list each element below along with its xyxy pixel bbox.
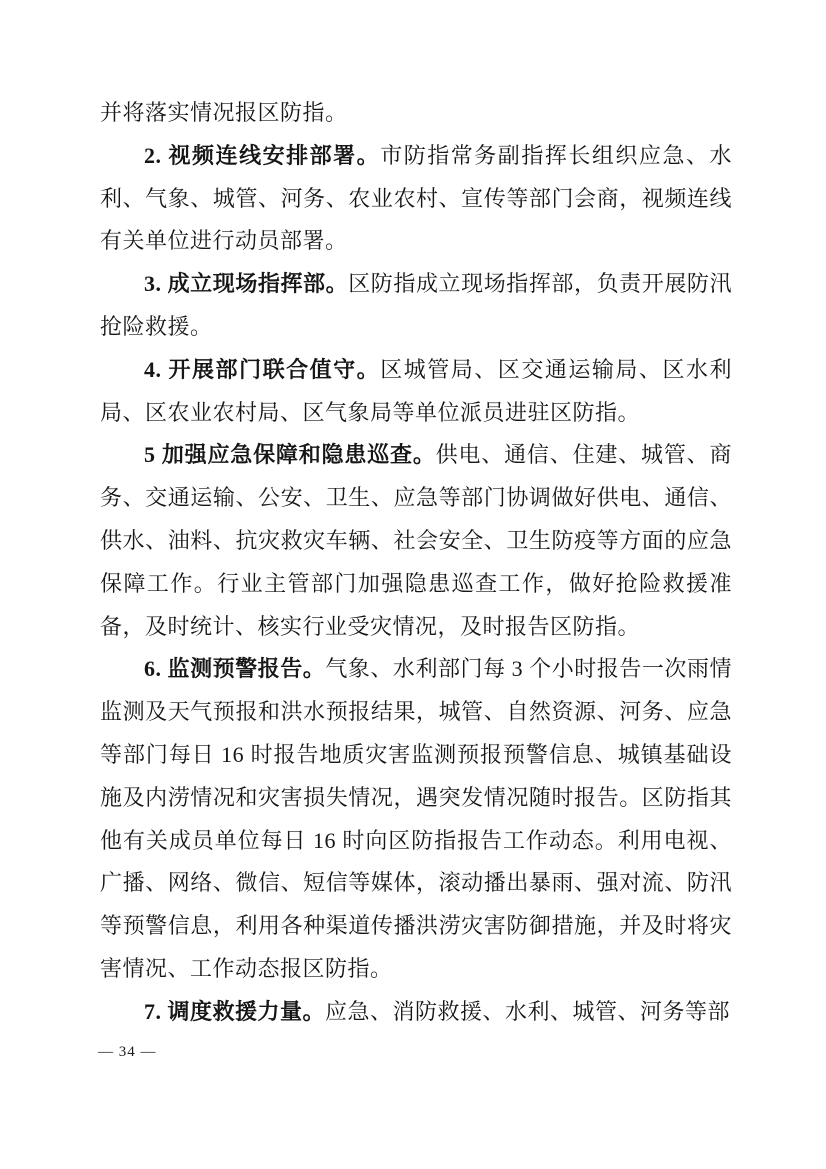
paragraph-text: 应急、消防救援、水利、城管、河务等部 xyxy=(325,999,730,1024)
paragraph: 7. 调度救援力量。应急、消防救援、水利、城管、河务等部 xyxy=(100,991,732,1034)
paragraph-lead: 2. 视频连线安排部署。 xyxy=(144,143,380,168)
paragraph: 3. 成立现场指挥部。区防指成立现场指挥部，负责开展防汛抢险救援。 xyxy=(100,263,732,349)
paragraph: 5 加强应急保障和隐患巡查。供电、通信、住建、城管、商务、交通运输、公安、卫生、… xyxy=(100,434,732,648)
paragraph-text: 供电、通信、住建、城管、商务、交通运输、公安、卫生、应急等部门协调做好供电、通信… xyxy=(100,442,732,638)
paragraph: 4. 开展部门联合值守。区城管局、区交通运输局、区水利局、区农业农村局、区气象局… xyxy=(100,349,732,435)
document-text-body: 并将落实情况报区防指。 2. 视频连线安排部署。市防指常务副指挥长组织应急、水利… xyxy=(100,92,732,1034)
paragraph: 6. 监测预警报告。气象、水利部门每 3 个小时报告一次雨情监测及天气预报和洪水… xyxy=(100,648,732,990)
paragraph: 并将落实情况报区防指。 xyxy=(100,92,732,135)
page-number: — 34 — xyxy=(98,1044,157,1061)
paragraph-lead: 4. 开展部门联合值守。 xyxy=(144,357,380,382)
paragraph: 2. 视频连线安排部署。市防指常务副指挥长组织应急、水利、气象、城管、河务、农业… xyxy=(100,135,732,263)
paragraph-text: 并将落实情况报区防指。 xyxy=(100,100,348,125)
paragraph-text: 气象、水利部门每 3 个小时报告一次雨情监测及天气预报和洪水预报结果，城管、自然… xyxy=(100,656,732,981)
paragraph-lead: 3. 成立现场指挥部。 xyxy=(144,271,348,296)
paragraph-lead: 6. 监测预警报告。 xyxy=(144,656,325,681)
paragraph-lead: 5 加强应急保障和隐患巡查。 xyxy=(144,442,436,467)
document-page: 并将落实情况报区防指。 2. 视频连线安排部署。市防指常务副指挥长组织应急、水利… xyxy=(0,0,826,1169)
paragraph-lead: 7. 调度救援力量。 xyxy=(144,999,325,1024)
